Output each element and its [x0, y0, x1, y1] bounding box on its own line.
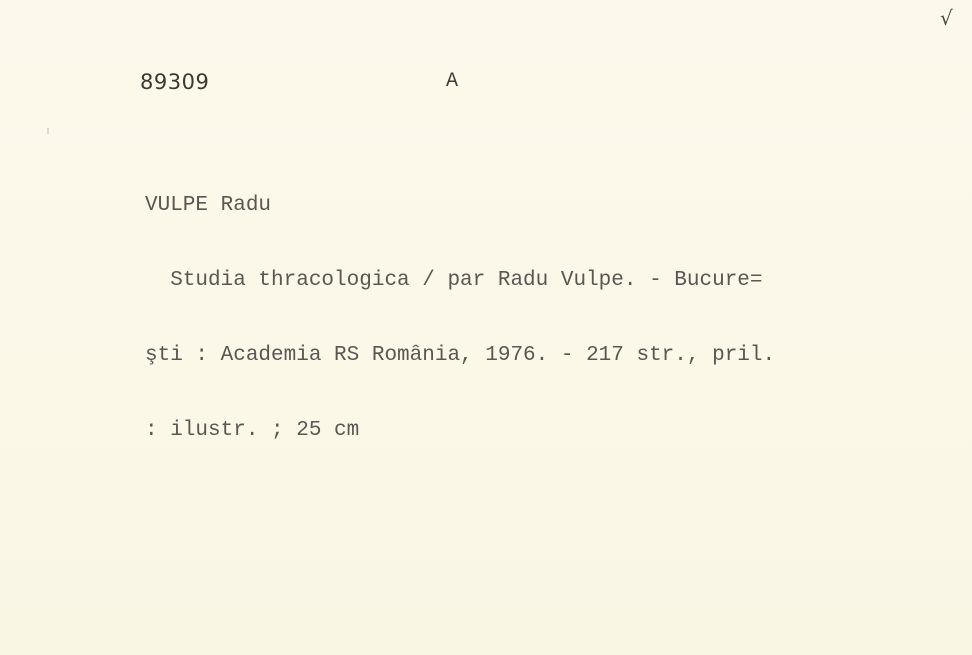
- shelf-letter: A: [446, 70, 458, 93]
- paper-speck: [47, 128, 49, 134]
- entry-line: Studia thracologica / par Radu Vulpe. - …: [145, 268, 775, 293]
- entry-line: : ilustr. ; 25 cm: [145, 418, 775, 443]
- catalog-card: √ 89309 A VULPE Radu Studia thracologica…: [0, 0, 972, 655]
- check-mark-icon: √: [940, 6, 953, 30]
- shelf-number: 89309: [140, 70, 209, 94]
- author-heading: VULPE Radu: [145, 193, 775, 218]
- entry-line: şti : Academia RS România, 1976. - 217 s…: [145, 343, 775, 368]
- catalog-entry: VULPE Radu Studia thracologica / par Rad…: [145, 143, 775, 493]
